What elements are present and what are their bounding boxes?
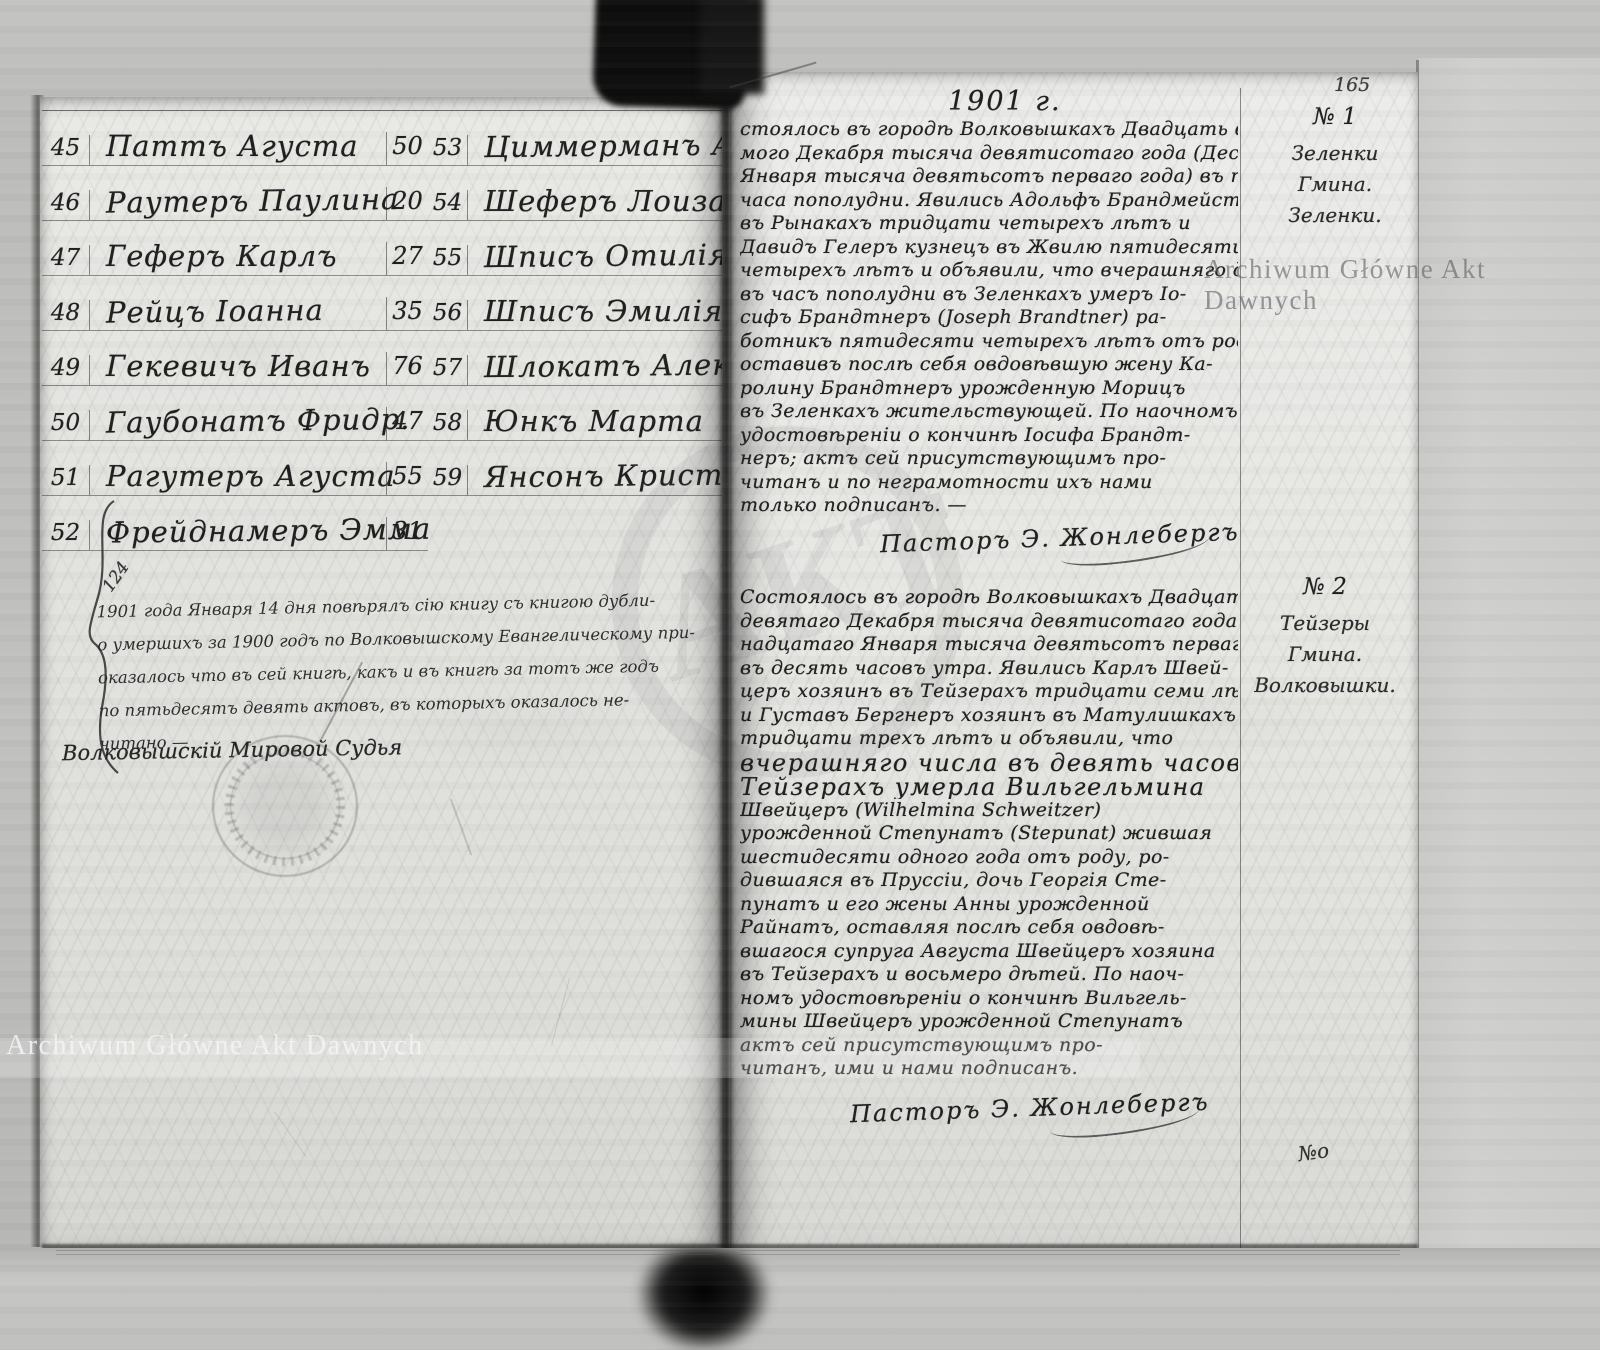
act-text-line: неръ; актъ сей присутствующимъ про- — [740, 447, 1238, 471]
row-number: 53 — [428, 135, 468, 165]
person-name: Гаубонатъ Фридр. — [90, 402, 386, 442]
table-surface — [0, 1248, 1600, 1350]
act-text-line: Состоялось въ городѣ Волковышкахъ Двадца… — [740, 586, 1238, 610]
act-text-line: часа пополудни. Явились Адольфъ Брандмей… — [740, 189, 1238, 213]
margin-note-line: Зеленки — [1260, 138, 1410, 169]
act-text-line: стоялось въ городѣ Волковышкахъ Двадцать… — [740, 118, 1238, 142]
person-name: Шписъ Эмилія Мета — [468, 294, 722, 330]
act-text-line: въ Тейзерахъ и восьмеро дѣтей. По наоч- — [740, 963, 1238, 987]
margin-note-line: Зеленки. — [1260, 200, 1410, 231]
row-number: 52 — [42, 520, 90, 550]
act-text-line: въ Рынакахъ тридцати четырехъ лѣтъ и — [740, 212, 1238, 236]
act-text-line: шестидесяти одного года отъ роду, ро- — [740, 846, 1238, 870]
register-table-left: 45 Паттъ Агуста 50 46 Раутеръ Паулина 20… — [42, 110, 428, 551]
table-row: 58 Юнкъ Марта — [428, 386, 722, 441]
row-number: 57 — [428, 355, 468, 385]
act-text-line: четырехъ лѣтъ и объявили, что вчерашняго… — [740, 259, 1238, 283]
act-2-margin-note: № 2 ТейзерыГмина.Волковышки. — [1250, 574, 1400, 701]
person-name: Циммерманъ Августа — [468, 128, 722, 167]
table-row: 46 Раутеръ Паулина 20 — [42, 166, 428, 221]
book-gutter-shadow — [718, 86, 734, 1256]
act-text-line: мого Декабря тысяча девятисотаго года (Д… — [740, 142, 1238, 166]
person-age: 50 — [386, 132, 428, 165]
act-text-line: въ часъ пополудни въ Зеленкахъ умеръ Іо- — [740, 283, 1238, 307]
table-row: 53 Циммерманъ Августа — [428, 111, 722, 166]
act-text-line: Тейзерахъ умерла Вильгельмина — [740, 775, 1238, 799]
act-text-line: урожденной Степунатъ (Stepunat) жившая — [740, 822, 1238, 846]
person-name: Янсонъ Кристина — [468, 458, 722, 496]
table-row: 50 Гаубонатъ Фридр. 47 — [42, 386, 428, 441]
act-text-line: номъ удостовѣреніи о кончинѣ Вильгель- — [740, 987, 1238, 1011]
act-text-line: вчерашняго числа въ девять часовъ вечера… — [740, 751, 1238, 775]
person-name: Шписъ Отилія Эмма — [468, 238, 722, 277]
margin-note-lines: ЗеленкиГмина.Зеленки. — [1260, 138, 1410, 231]
act-text-line: въ Зеленкахъ жительствующей. По наочномъ — [740, 400, 1238, 424]
person-name: Рагутеръ Агуста — [90, 459, 386, 495]
person-name: Фрейднамеръ Эмма — [90, 512, 386, 552]
person-name: Юнкъ Марта — [468, 404, 722, 440]
person-name: Паттъ Агуста — [90, 129, 386, 165]
person-name: Гекевичъ Иванъ — [90, 349, 386, 385]
act-text-line: удостовѣреніи о кончинѣ Іосифа Брандт- — [740, 424, 1238, 448]
act-number: № 2 — [1250, 574, 1400, 600]
act-text-line: Райнатъ, оставляя послѣ себя овдовѣ- — [740, 916, 1238, 940]
act-number: № 1 — [1260, 104, 1410, 130]
row-number: 48 — [42, 300, 90, 330]
act-1-margin-note: № 1 ЗеленкиГмина.Зеленки. — [1260, 104, 1410, 231]
row-number: 54 — [428, 190, 468, 220]
person-age: 76 — [386, 352, 428, 385]
margin-rule — [1240, 88, 1241, 1254]
person-age: 27 — [386, 242, 428, 275]
act-text-line: и Густавъ Бергнеръ хозяинъ въ Матулишках… — [740, 704, 1238, 728]
act-text-line: въ десять часовъ утра. Явились Карлъ Шве… — [740, 657, 1238, 681]
act-text-line: надцатаго Января тысяча девятьсотъ перва… — [740, 633, 1238, 657]
act-text-line: тридцати трехъ лѣтъ и объявили, что — [740, 727, 1238, 751]
act-1-text: стоялось въ городѣ Волковышкахъ Двадцать… — [740, 118, 1238, 518]
person-name: Шеферъ Лоиза — [468, 184, 722, 220]
scan-light-band — [0, 1038, 1140, 1078]
folio-number: 165 — [1334, 74, 1370, 96]
ink-stroke — [551, 978, 570, 1046]
archival-scan: АКТ 45 Паттъ Агуста 50 46 Раутеръ Паулин… — [0, 0, 1600, 1350]
table-row: 49 Гекевичъ Иванъ 76 — [42, 331, 428, 386]
table-row: 55 Шписъ Отилія Эмма — [428, 221, 722, 276]
row-number: 55 — [428, 245, 468, 275]
row-number: 51 — [42, 465, 90, 495]
person-name: Рейцъ Іоанна — [90, 292, 386, 332]
person-name: Геферъ Карлъ — [90, 239, 386, 275]
person-name: Шлокатъ Александръ — [468, 348, 722, 387]
row-number: 45 — [42, 135, 90, 165]
person-age: 55 — [386, 462, 428, 495]
register-table-right: 53 Циммерманъ Августа 54 Шеферъ Лоиза 55… — [428, 110, 722, 496]
person-name: Раутеръ Паулина — [90, 182, 386, 222]
act-text-line: вшагося супруга Августа Швейцеръ хозяина — [740, 940, 1238, 964]
row-number: 59 — [428, 465, 468, 495]
row-number: 47 — [42, 245, 90, 275]
act-text-line: Швейцеръ (Wilhelmina Schweitzer) — [740, 799, 1238, 823]
corner-mark: №о — [1296, 1138, 1330, 1166]
act-text-line: дившаяся въ Пруссіи, дочь Георгія Сте- — [740, 869, 1238, 893]
table-row: 51 Рагутеръ Агуста 55 — [42, 441, 428, 496]
act-text-line: сифъ Брандтнеръ (Joseph Brandtner) ра- — [740, 306, 1238, 330]
year-header: 1901 г. — [948, 86, 1062, 117]
act-text-line: ролину Брандтнеръ урожденную Морицъ — [740, 377, 1238, 401]
row-number: 46 — [42, 190, 90, 220]
margin-note-line: Гмина. — [1260, 169, 1410, 200]
ink-stroke — [274, 1112, 306, 1158]
table-row: 56 Шписъ Эмилія Мета — [428, 276, 722, 331]
verification-annotation: 1901 года Января 14 дня повѣрялъ сію кни… — [96, 583, 709, 761]
round-stamp — [212, 735, 358, 877]
margin-note-line: Волковышки. — [1250, 670, 1400, 701]
table-row: 59 Янсонъ Кристина — [428, 441, 722, 496]
act-text-line: мины Швейцеръ урожденной Степунатъ — [740, 1010, 1238, 1034]
binding-strap-bottom — [626, 1248, 782, 1350]
margin-note-lines: ТейзерыГмина.Волковышки. — [1250, 608, 1400, 701]
act-text-line: ботникъ пятидесяти четырехъ лѣтъ отъ род… — [740, 330, 1238, 354]
act-2-text: Состоялось въ городѣ Волковышкахъ Двадца… — [740, 586, 1238, 1081]
person-age: 35 — [386, 297, 428, 330]
ink-stroke — [450, 798, 472, 855]
act-text-line: церъ хозяинъ въ Тейзерахъ тридцати семи … — [740, 680, 1238, 704]
row-number: 56 — [428, 300, 468, 330]
table-row: 48 Рейцъ Іоанна 35 — [42, 276, 428, 331]
table-row: 45 Паттъ Агуста 50 — [42, 111, 428, 166]
act-text-line: Давидъ Гелеръ кузнецъ въ Жвилю пятидесят… — [740, 236, 1238, 260]
row-number: 50 — [42, 410, 90, 440]
row-number: 58 — [428, 410, 468, 440]
margin-note-line: Гмина. — [1250, 639, 1400, 670]
act-text-line: Января тысяча девятьсотъ перваго года) в… — [740, 165, 1238, 189]
act-text-line: только подписанъ. — — [740, 494, 1238, 518]
act-text-line: девятаго Декабря тысяча девятисотаго год… — [740, 610, 1238, 634]
table-row: 54 Шеферъ Лоиза — [428, 166, 722, 221]
table-row: 47 Геферъ Карлъ 27 — [42, 221, 428, 276]
row-number: 49 — [42, 355, 90, 385]
act-text-line: оставивъ послѣ себя овдовѣвшую жену Ка- — [740, 353, 1238, 377]
act-text-line: читанъ и по неграмотности ихъ нами — [740, 471, 1238, 495]
act-text-line: пунатъ и его жены Анны урожденной — [740, 893, 1238, 917]
page-stack — [1418, 58, 1600, 1294]
table-row: 57 Шлокатъ Александръ — [428, 331, 722, 386]
margin-note-line: Тейзеры — [1250, 608, 1400, 639]
